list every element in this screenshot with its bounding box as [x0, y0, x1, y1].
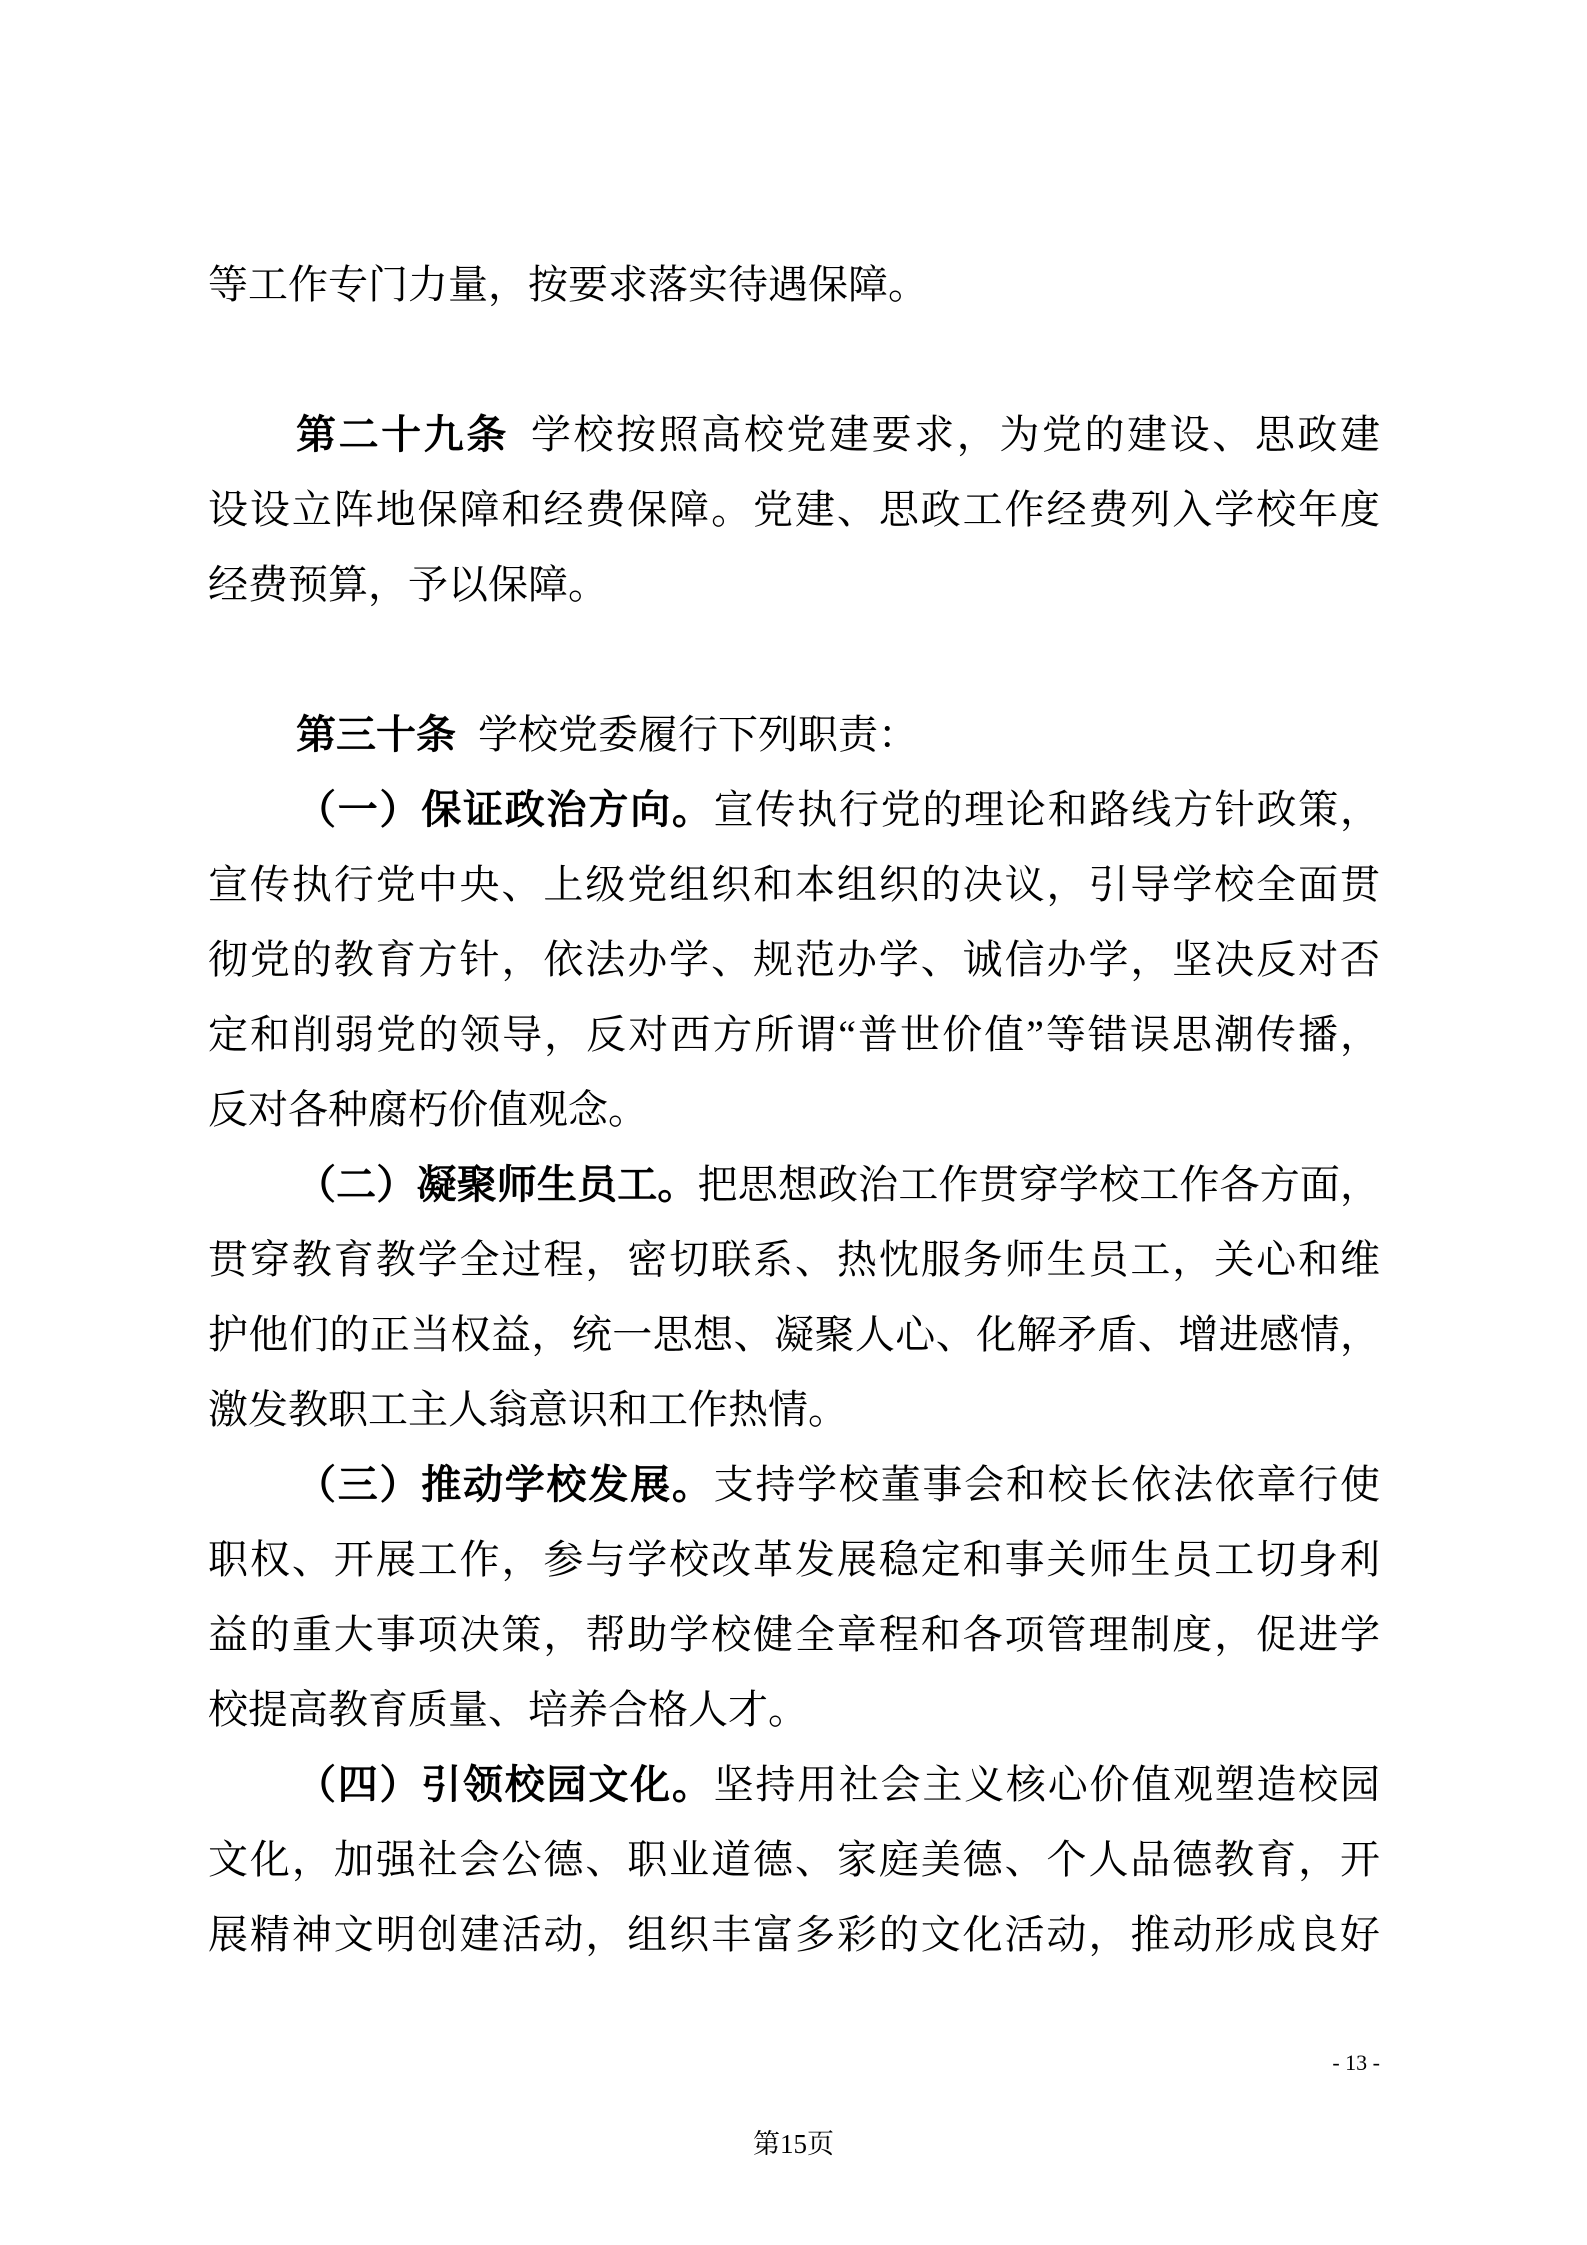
- line-text: 等工作专门力量，按要求落实待遇保障。: [208, 262, 928, 307]
- text-line: 设设立阵地保障和经费保障。党建、思政工作经费列入学校年度: [208, 472, 1380, 547]
- item-heading: （一）保证政治方向。: [296, 787, 714, 832]
- text-line: 文化，加强社会公德、职业道德、家庭美德、个人品德教育，开: [208, 1822, 1380, 1897]
- line-text: 反对各种腐朽价值观念。: [208, 1087, 648, 1132]
- item-heading: （四）引领校园文化。: [296, 1762, 714, 1807]
- line-text: 学校党委履行下列职责：: [478, 712, 918, 757]
- line-text: 益的重大事项决策，帮助学校健全章程和各项管理制度，促进学: [208, 1612, 1380, 1657]
- text-line: 宣传执行党中央、上级党组织和本组织的决议，引导学校全面贯: [208, 847, 1380, 922]
- text-line: （一）保证政治方向。宣传执行党的理论和路线方针政策，: [208, 772, 1380, 847]
- text-line: 护他们的正当权益，统一思想、凝聚人心、化解矛盾、增进感情，: [208, 1297, 1380, 1372]
- document-text-block: 等工作专门力量，按要求落实待遇保障。 第二十九条学校按照高校党建要求，为党的建设…: [208, 247, 1380, 1972]
- line-text: 展精神文明创建活动，组织丰富多彩的文化活动，推动形成良好: [208, 1912, 1380, 1957]
- line-text: 校提高教育质量、培养合格人才。: [208, 1687, 808, 1732]
- line-text: 学校按照高校党建要求，为党的建设、思政建: [531, 412, 1380, 457]
- line-text: 职权、开展工作，参与学校改革发展稳定和事关师生员工切身利: [208, 1537, 1380, 1582]
- text-line: 展精神文明创建活动，组织丰富多彩的文化活动，推动形成良好: [208, 1897, 1380, 1972]
- text-line: 彻党的教育方针，依法办学、规范办学、诚信办学，坚决反对否: [208, 922, 1380, 997]
- line-text: 支持学校董事会和校长依法依章行使: [714, 1462, 1380, 1507]
- line-text: 彻党的教育方针，依法办学、规范办学、诚信办学，坚决反对否: [208, 937, 1380, 982]
- item-heading: （三）推动学校发展。: [296, 1462, 714, 1507]
- text-line: 第二十九条学校按照高校党建要求，为党的建设、思政建: [208, 397, 1380, 472]
- text-line: （四）引领校园文化。坚持用社会主义核心价值观塑造校园: [208, 1747, 1380, 1822]
- text-line: 益的重大事项决策，帮助学校健全章程和各项管理制度，促进学: [208, 1597, 1380, 1672]
- line-text: 经费预算，予以保障。: [208, 562, 608, 607]
- line-text: 定和削弱党的领导，反对西方所谓“普世价值”等错误思潮传播，: [208, 1012, 1380, 1057]
- document-page: 等工作专门力量，按要求落实待遇保障。 第二十九条学校按照高校党建要求，为党的建设…: [0, 0, 1587, 2245]
- text-line: 贯穿教育教学全过程，密切联系、热忱服务师生员工，关心和维: [208, 1222, 1380, 1297]
- line-text: 宣传执行党中央、上级党组织和本组织的决议，引导学校全面贯: [208, 862, 1380, 907]
- text-line: 定和削弱党的领导，反对西方所谓“普世价值”等错误思潮传播，: [208, 997, 1380, 1072]
- line-text: 设设立阵地保障和经费保障。党建、思政工作经费列入学校年度: [208, 487, 1380, 532]
- text-line: 等工作专门力量，按要求落实待遇保障。: [208, 247, 1380, 322]
- item-heading: （二）凝聚师生员工。: [296, 1162, 698, 1207]
- text-line: 校提高教育质量、培养合格人才。: [208, 1672, 1380, 1747]
- line-text: 贯穿教育教学全过程，密切联系、热忱服务师生员工，关心和维: [208, 1237, 1380, 1282]
- text-line: 反对各种腐朽价值观念。: [208, 1072, 1380, 1147]
- article-heading: 第三十条: [296, 712, 456, 757]
- text-line: 经费预算，予以保障。: [208, 547, 1380, 622]
- footer-page-label: 第15页: [0, 2126, 1587, 2162]
- line-text: 护他们的正当权益，统一思想、凝聚人心、化解矛盾、增进感情，: [208, 1312, 1380, 1357]
- line-text: 把思想政治工作贯穿学校工作各方面，: [698, 1162, 1380, 1207]
- text-line: 职权、开展工作，参与学校改革发展稳定和事关师生员工切身利: [208, 1522, 1380, 1597]
- line-text: 文化，加强社会公德、职业道德、家庭美德、个人品德教育，开: [208, 1837, 1380, 1882]
- article-heading: 第二十九条: [296, 412, 509, 457]
- line-text: 激发教职工主人翁意识和工作热情。: [208, 1387, 848, 1432]
- line-text: 宣传执行党的理论和路线方针政策，: [714, 787, 1380, 832]
- blank-line: [208, 622, 1380, 697]
- text-line: 激发教职工主人翁意识和工作热情。: [208, 1372, 1380, 1447]
- text-line: （三）推动学校发展。支持学校董事会和校长依法依章行使: [208, 1447, 1380, 1522]
- blank-line: [208, 322, 1380, 397]
- text-line: 第三十条学校党委履行下列职责：: [208, 697, 1380, 772]
- line-text: 坚持用社会主义核心价值观塑造校园: [714, 1762, 1380, 1807]
- page-number-marker: - 13 -: [1332, 2048, 1380, 2078]
- text-line: （二）凝聚师生员工。把思想政治工作贯穿学校工作各方面，: [208, 1147, 1380, 1222]
